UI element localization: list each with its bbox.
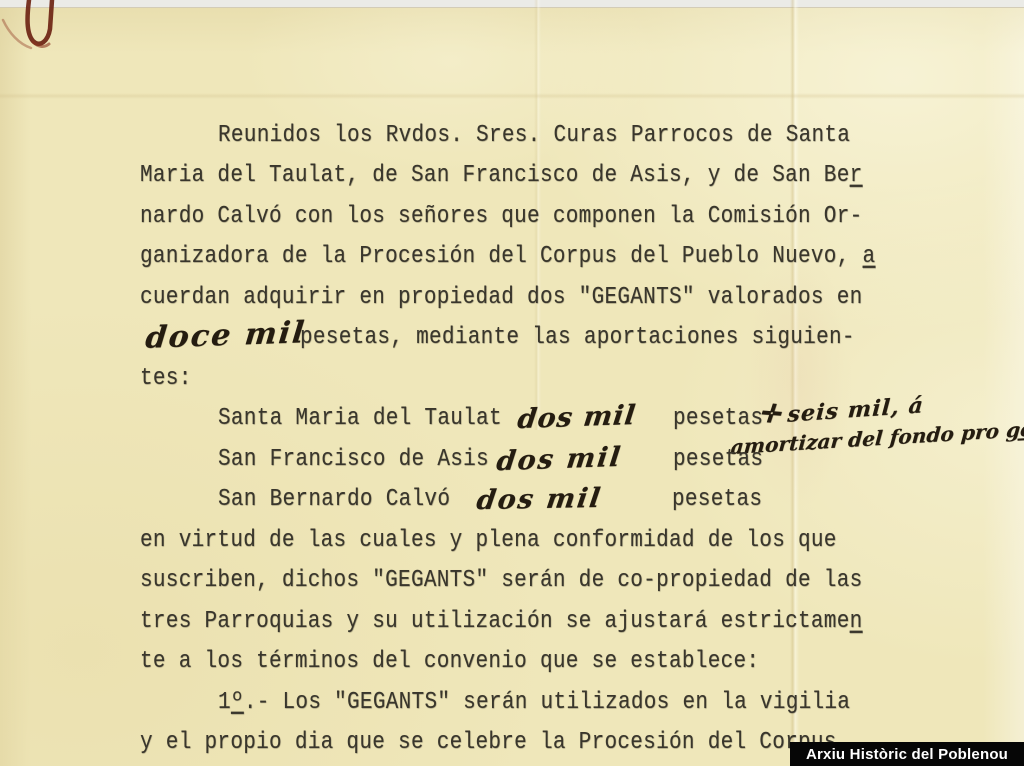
horizontal-fold-crease: [0, 93, 1024, 99]
handwritten-doce-mil: doce mil: [144, 315, 308, 356]
typed-line-15: 1º.- Los "GEGANTS" serán utilizados en l…: [218, 690, 850, 717]
typed-line-13-underlined: n: [850, 609, 863, 635]
typed-line-6: pesetas, mediante las aportaciones sigui…: [300, 325, 855, 352]
ordinal-number: 1: [218, 690, 231, 716]
typed-line-4-underlined: a: [863, 244, 876, 270]
typed-line-13: tres Parroquias y su utilización se ajus…: [140, 609, 863, 636]
contribution-row-2-unit: pesetas: [673, 447, 763, 474]
archive-watermark: Arxiu Històric del Poblenou: [790, 742, 1024, 766]
typed-line-2-text: Maria del Taulat, de San Francisco de As…: [140, 163, 850, 189]
typed-line-11: en virtud de las cuales y plena conformi…: [140, 528, 837, 555]
handwritten-amount-row-3: dos mil: [475, 483, 604, 516]
contribution-row-2-name: San Francisco de Asis: [218, 447, 489, 474]
contribution-row-3-unit: pesetas: [672, 487, 762, 514]
red-ink-mark: [0, 0, 90, 75]
handwritten-amount-row-2: dos mil: [495, 442, 624, 477]
typed-line-14: te a los términos del convenio que se es…: [140, 649, 759, 676]
typed-line-15-text: .- Los "GEGANTS" serán utilizados en la …: [244, 690, 850, 716]
ordinal-indicator-underlined: º: [231, 690, 244, 716]
typed-line-3: nardo Calvó con los señores que componen…: [140, 204, 863, 231]
handwritten-amount-row-1: dos mil: [516, 400, 638, 435]
typed-line-16: y el propio dia que se celebre la Proces…: [140, 730, 837, 757]
typed-line-1: Reunidos los Rvdos. Sres. Curas Parrocos…: [218, 123, 850, 150]
typed-line-13-text: tres Parroquias y su utilización se ajus…: [140, 609, 850, 635]
scan-top-edge: [0, 0, 1024, 8]
annotation-line-2-underlined: gegants: [1005, 413, 1024, 442]
contribution-row-1-unit: pesetas: [673, 406, 763, 433]
typed-line-12: suscriben, dichos "GEGANTS" serán de co-…: [140, 568, 863, 595]
contribution-row-1-name: Santa Maria del Taulat: [218, 406, 502, 433]
typed-line-2-underlined: r: [850, 163, 863, 189]
handwritten-cross-mark: ✛: [758, 398, 781, 428]
scanned-document-page: Reunidos los Rvdos. Sres. Curas Parrocos…: [0, 0, 1024, 766]
typed-line-2: Maria del Taulat, de San Francisco de As…: [140, 163, 863, 190]
contribution-row-3-name: San Bernardo Calvó: [218, 487, 450, 514]
typed-line-4: ganizadora de la Procesión del Corpus de…: [140, 244, 875, 271]
typed-line-4-text: ganizadora de la Procesión del Corpus de…: [140, 244, 863, 270]
typed-line-5: cuerdan adquirir en propiedad dos "GEGAN…: [140, 285, 863, 312]
typed-line-7: tes:: [140, 366, 192, 393]
